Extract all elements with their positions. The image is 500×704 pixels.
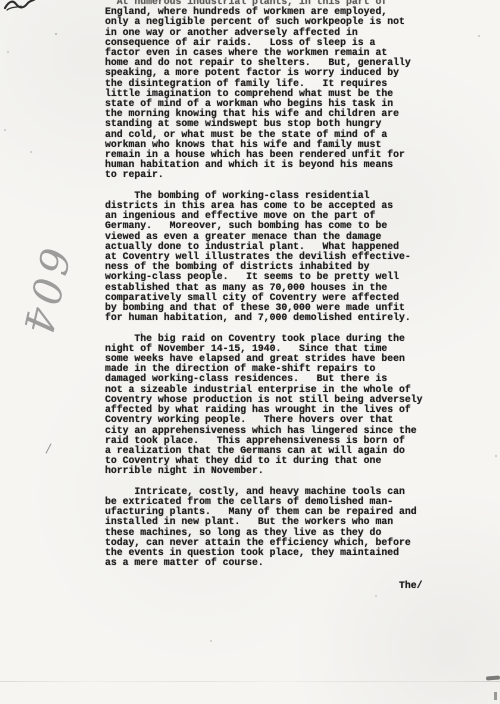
handwritten-page-number: 604 [13, 244, 78, 343]
paragraph-1-body: England, where hundreds of workmen are e… [105, 7, 450, 180]
pencil-tick-mark [45, 443, 51, 453]
handwritten-scribble-icon [3, 0, 37, 13]
paragraph-1: At numerous industrial plants, in this p… [105, 0, 450, 181]
scan-edge-mark-small [494, 692, 497, 700]
paragraph-3: The big raid on Coventry took place duri… [105, 334, 450, 477]
scanned-document-page: 604 At numerous industrial plants, in th… [0, 0, 500, 704]
scan-crease-line [0, 681, 500, 682]
scan-edge-mark [486, 676, 500, 681]
paragraph-2: The bombing of working-class residential… [105, 191, 450, 324]
catchword: The/ [399, 581, 423, 591]
paper-specks [55, 33, 57, 35]
typewritten-text-block: At numerous industrial plants, in this p… [105, 0, 450, 579]
paragraph-4: Intricate, costly, and heavy machine too… [105, 487, 450, 569]
